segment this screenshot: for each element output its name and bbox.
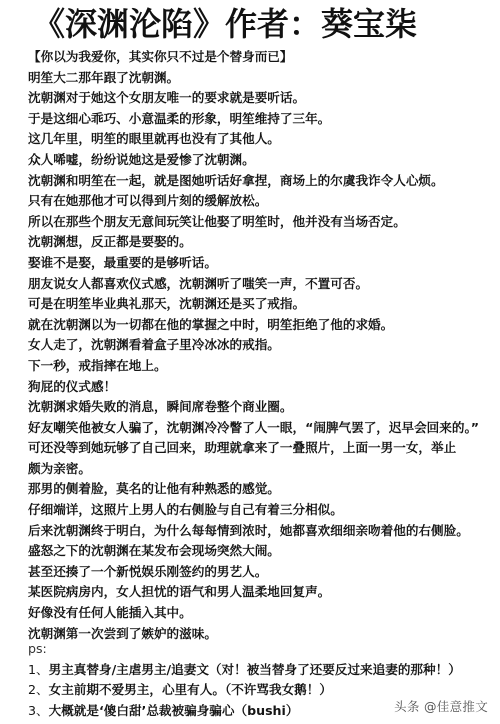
text-line: 沈朝渊求婚失败的消息，瞬间席卷整个商业圈。	[28, 397, 498, 418]
text-line: 沈朝渊对于她这个女朋友唯一的要求就是要听话。	[28, 88, 498, 109]
text-line: 可还没等到她玩够了自己回来，助理就拿来了一叠照片，上面一男一女，举止	[28, 438, 498, 459]
ps-item-text: 男主真替身/主虐男主/追妻文（对！被当替身了还要反过来追妻的那种！）	[49, 662, 461, 677]
ps-item-number: 2、	[28, 682, 49, 697]
text-line: 狗屁的仪式感！	[28, 377, 498, 398]
ps-item-text: 大概就是‘傻白甜’总裁被骗身骗心（bushi）	[49, 703, 299, 718]
text-line: 朋友说女人都喜欢仪式感，沈朝渊听了嗤笑一声，不置可否。	[28, 274, 498, 295]
ps-item-number: 3、	[28, 703, 49, 718]
text-line: 沈朝渊和明笙在一起，就是图她听话好拿捏，商场上的尔虞我诈令人心烦。	[28, 171, 498, 192]
text-line: 下一秒，戒指摔在地上。	[28, 356, 498, 377]
text-line: 就在沈朝渊以为一切都在他的掌握之中时，明笙拒绝了他的求婚。	[28, 315, 498, 336]
source-watermark: 头条 @佳意推文	[394, 697, 488, 715]
text-line: 娶谁不是娶，最重要的是够听话。	[28, 253, 498, 274]
document-page: 《深渊沦陷》作者：葵宝柒 【你以为我爱你，其实你只不过是个替身而已】 明笙大二那…	[0, 0, 500, 724]
text-line: 盛怒之下的沈朝渊在某发布会现场突然大闹。	[28, 541, 498, 562]
ps-item-text: 女主前期不爱男主，心里有人。（不许骂我女鹅！）	[49, 682, 332, 697]
text-line: 那男的侧着脸，莫名的让他有种熟悉的感觉。	[28, 479, 498, 500]
text-line: 好友嘲笑他被女人骗了，沈朝渊冷冷瞥了人一眼，“闹脾气罢了，迟早会回来的。”	[28, 418, 498, 439]
text-line: 这几年里，明笙的眼里就再也没有了其他人。	[28, 129, 498, 150]
text-line: 只有在她那他才可以得到片刻的缓解放松。	[28, 191, 498, 212]
ps-item-number: 1、	[28, 662, 49, 677]
text-line: 明笙大二那年跟了沈朝渊。	[28, 68, 498, 89]
text-line: 沈朝渊想，反正都是要娶的。	[28, 232, 498, 253]
text-line: 后来沈朝渊终于明白，为什么每每情到浓时，她都喜欢细细亲吻着他的右侧脸。	[28, 521, 498, 542]
text-line: 仔细端详，这照片上男人的右侧脸与自己有着三分相似。	[28, 500, 498, 521]
text-line: 某医院病房内，女人担忧的语气和男人温柔地回复声。	[28, 582, 498, 603]
text-line: 颇为亲密。	[28, 459, 498, 480]
ps-label: ps:	[28, 639, 498, 660]
text-line: 甚至还揍了一个新悦娱乐刚签约的男艺人。	[28, 562, 498, 583]
ps-item: 1、男主真替身/主虐男主/追妻文（对！被当替身了还要反过来追妻的那种！）	[28, 660, 498, 681]
text-line: 女人走了，沈朝渊看着盒子里冷冰冰的戒指。	[28, 335, 498, 356]
text-line: 可是在明笙毕业典礼那天，沈朝渊还是买了戒指。	[28, 294, 498, 315]
text-line: 众人唏嘘，纷纷说她这是爱惨了沈朝渊。	[28, 150, 498, 171]
text-line: 于是这细心乖巧、小意温柔的形象，明笙维持了三年。	[28, 109, 498, 130]
document-title: 《深渊沦陷》作者：葵宝柒	[33, 4, 417, 44]
text-line: 好像没有任何人能插入其中。	[28, 603, 498, 624]
story-synopsis: 【你以为我爱你，其实你只不过是个替身而已】 明笙大二那年跟了沈朝渊。 沈朝渊对于…	[28, 47, 498, 644]
tagline: 【你以为我爱你，其实你只不过是个替身而已】	[28, 47, 498, 68]
text-line: 所以在那些个朋友无意间玩笑让他娶了明笙时，他并没有当场否定。	[28, 212, 498, 233]
